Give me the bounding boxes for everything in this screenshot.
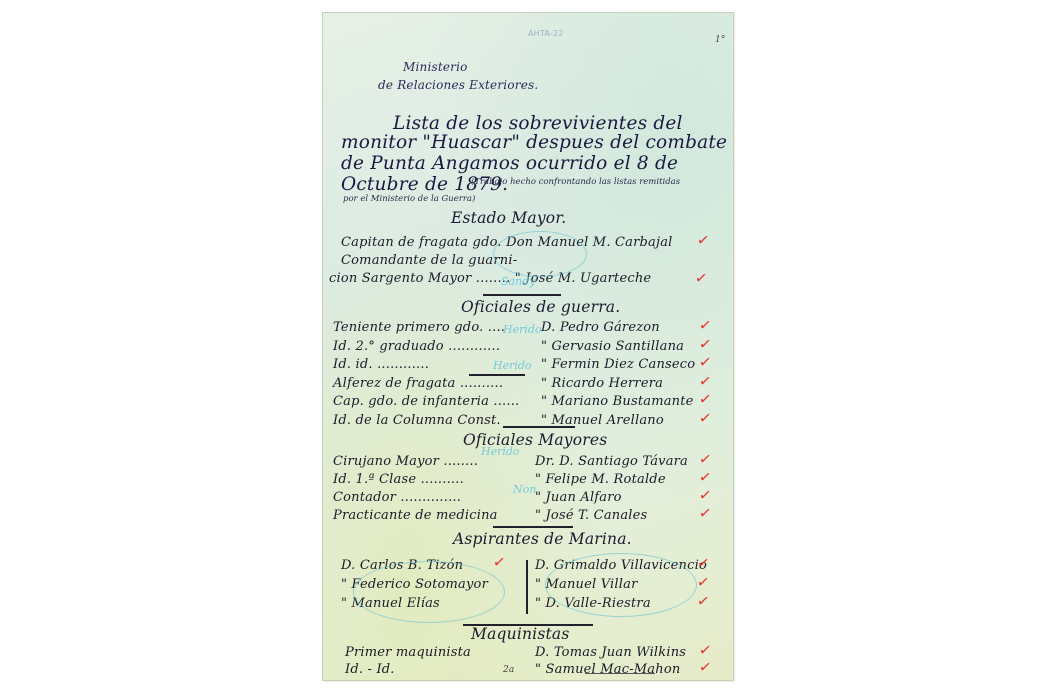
red-check-mark: ✓	[698, 503, 713, 523]
rank-label: Contador ..............	[333, 490, 461, 505]
title-line-1: Lista de los sobrevivientes del	[393, 113, 683, 134]
section-heading-estado-mayor: Estado Mayor.	[451, 209, 566, 227]
list-item: Comandante de la guarni-	[341, 253, 517, 268]
archive-stamp: AHTA-22	[528, 29, 564, 38]
divider	[483, 294, 561, 296]
person-name: " Felipe M. Rotalde	[535, 472, 666, 487]
document-page: AHTA-22 1° Ministerio de Relaciones Exte…	[323, 13, 733, 680]
blue-pencil-circle	[353, 561, 505, 623]
rank-label: Id. 2.° graduado ............	[333, 339, 500, 354]
divider	[503, 426, 575, 428]
section-heading-maquinistas: Maquinistas	[471, 625, 570, 643]
person-name: D. Tomas Juan Wilkins	[535, 645, 686, 660]
red-check-mark: ✓	[492, 552, 507, 572]
dash-line	[469, 374, 525, 376]
rank-label: Practicante de medicina	[333, 508, 498, 523]
blue-pencil-note: Herido	[481, 445, 520, 458]
person-name: " Samuel Mac-Mahon	[535, 662, 680, 677]
blue-pencil-note: Non	[513, 483, 536, 496]
rank-label: Id. - Id.	[345, 662, 395, 677]
margin-note-line-2: por el Ministerio de la Guerra)	[343, 194, 475, 204]
red-check-mark: ✓	[696, 553, 711, 573]
folio-number: 1°	[715, 35, 726, 45]
blue-pencil-circle	[545, 553, 697, 617]
person-name: " Ricardo Herrera	[541, 376, 663, 391]
blue-pencil-note: Herido	[503, 323, 542, 336]
red-check-mark: ✓	[698, 371, 713, 391]
person-name: Dr. D. Santiago Távara	[535, 454, 688, 469]
red-check-mark: ✓	[694, 268, 709, 288]
person-name: " Mariano Bustamante	[541, 394, 694, 409]
person-name: " Juan Alfaro	[535, 490, 622, 505]
red-check-mark: ✓	[698, 352, 713, 372]
rank-label: Teniente primero gdo. ....	[333, 320, 505, 335]
person-name: " Gervasio Santillana	[541, 339, 684, 354]
letterhead-line-2: de Relaciones Exteriores.	[378, 78, 538, 92]
blue-pencil-note: Herido	[493, 359, 532, 372]
red-check-mark: ✓	[698, 449, 713, 469]
title-line-2: monitor "Huascar" despues del combate	[341, 132, 727, 153]
margin-note-line-1: (Trabajo hecho confrontando las listas r…	[471, 177, 680, 187]
rank-label: Alferez de fragata ..........	[333, 376, 503, 391]
page-mark: 2a	[503, 665, 515, 675]
rank-label: Id. id. ............	[333, 357, 429, 372]
person-name: D. Pedro Gárezon	[541, 320, 660, 335]
red-check-mark: ✓	[698, 315, 713, 335]
rank-label: Cap. gdo. de infanteria ......	[333, 394, 519, 409]
closing-rule	[585, 673, 655, 674]
blue-pencil-circle	[493, 231, 587, 277]
title-line-3: de Punta Angamos ocurrido el 8 de	[341, 153, 678, 174]
red-check-mark: ✓	[698, 467, 713, 487]
rank-label: Id. de la Columna Const.	[333, 413, 501, 428]
section-heading-aspirantes-de-marina: Aspirantes de Marina.	[453, 530, 632, 548]
person-name: " Fermin Diez Canseco	[541, 357, 695, 372]
red-check-mark: ✓	[698, 485, 713, 505]
rank-label: Id. 1.ª Clase ..........	[333, 472, 464, 487]
red-check-mark: ✓	[696, 572, 711, 592]
red-check-mark: ✓	[698, 334, 713, 354]
section-heading-oficiales-de-guerra: Oficiales de guerra.	[461, 298, 620, 316]
list-item: cion Sargento Mayor ........ " José M. U…	[329, 271, 651, 286]
letterhead-line-1: Ministerio	[403, 60, 468, 74]
red-check-mark: ✓	[698, 389, 713, 409]
red-check-mark: ✓	[698, 408, 713, 428]
person-name: " José T. Canales	[535, 508, 647, 523]
rank-label: Cirujano Mayor ........	[333, 454, 478, 469]
divider	[493, 526, 573, 528]
column-divider	[526, 560, 528, 614]
red-check-mark: ✓	[696, 591, 711, 611]
rank-label: Primer maquinista	[345, 645, 471, 660]
red-check-mark: ✓	[696, 230, 711, 250]
red-check-mark: ✓	[698, 657, 713, 677]
blue-pencil-note: Sandy	[501, 275, 535, 288]
